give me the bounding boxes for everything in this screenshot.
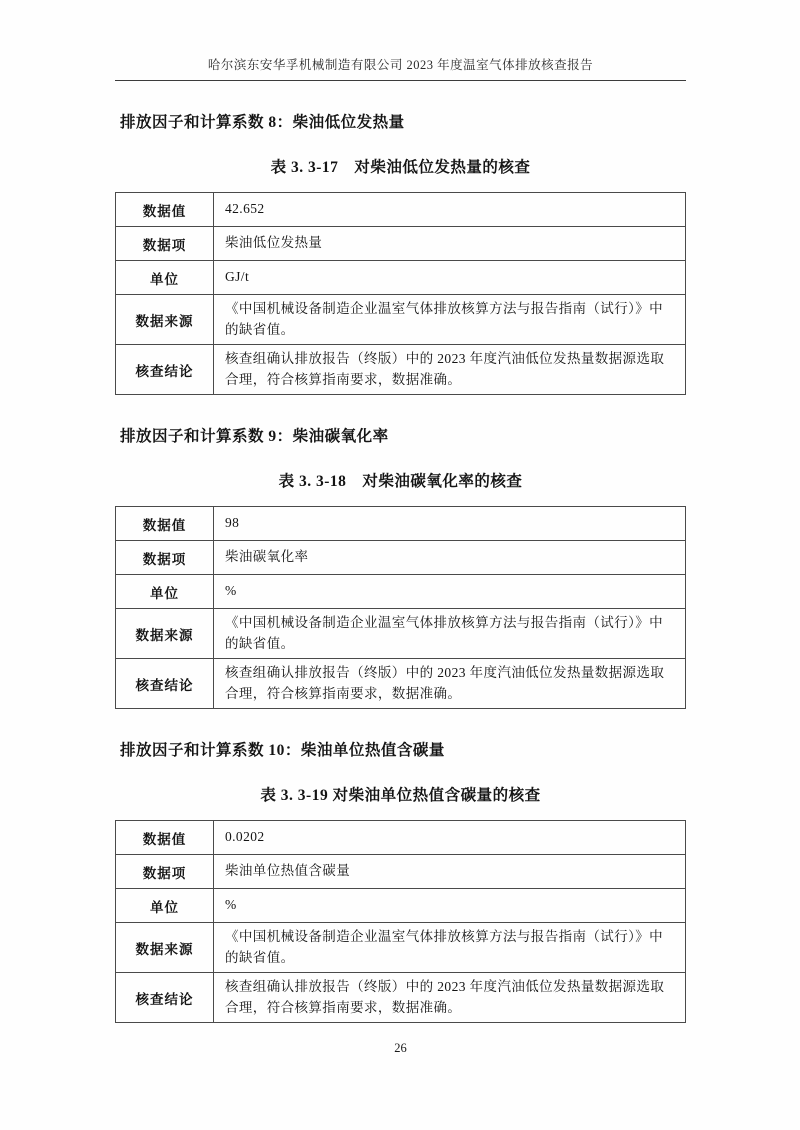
table-row: 数据值 0.0202: [116, 821, 686, 855]
section-heading-factor-10: 排放因子和计算系数 10：柴油单位热值含碳量: [115, 738, 686, 760]
row-label: 数据值: [116, 507, 214, 541]
row-label: 核查结论: [116, 659, 214, 709]
row-value: 98: [214, 507, 686, 541]
row-label: 单位: [116, 889, 214, 923]
table-row: 数据来源 《中国机械设备制造企业温室气体排放核算方法与报告指南（试行）》中的缺省…: [116, 923, 686, 973]
row-label: 核查结论: [116, 973, 214, 1023]
row-value: 0.0202: [214, 821, 686, 855]
verification-table-3-3-19: 数据值 0.0202 数据项 柴油单位热值含碳量 单位 % 数据来源 《中国机械…: [115, 820, 686, 1023]
report-page: 哈尔滨东安华孚机械制造有限公司 2023 年度温室气体排放核查报告 排放因子和计…: [0, 0, 800, 1130]
table-row: 数据来源 《中国机械设备制造企业温室气体排放核算方法与报告指南（试行）》中的缺省…: [116, 295, 686, 345]
table-row: 核查结论 核查组确认排放报告（终版）中的 2023 年度汽油低位发热量数据源选取…: [116, 345, 686, 395]
section-heading-factor-9: 排放因子和计算系数 9：柴油碳氧化率: [115, 424, 686, 446]
row-label: 数据来源: [116, 609, 214, 659]
table-row: 单位 %: [116, 575, 686, 609]
table-row: 单位 %: [116, 889, 686, 923]
table-row: 核查结论 核查组确认排放报告（终版）中的 2023 年度汽油低位发热量数据源选取…: [116, 973, 686, 1023]
table-title-3-3-19: 表 3. 3-19 对柴油单位热值含碳量的核查: [115, 783, 686, 805]
row-label: 数据来源: [116, 295, 214, 345]
row-value: %: [214, 889, 686, 923]
row-value: 核查组确认排放报告（终版）中的 2023 年度汽油低位发热量数据源选取合理，符合…: [214, 345, 686, 395]
row-value: GJ/t: [214, 261, 686, 295]
row-label: 数据项: [116, 855, 214, 889]
row-label: 数据值: [116, 821, 214, 855]
row-value: 核查组确认排放报告（终版）中的 2023 年度汽油低位发热量数据源选取合理，符合…: [214, 659, 686, 709]
report-header: 哈尔滨东安华孚机械制造有限公司 2023 年度温室气体排放核查报告: [115, 0, 686, 81]
table-row: 单位 GJ/t: [116, 261, 686, 295]
row-label: 单位: [116, 575, 214, 609]
row-value: 柴油低位发热量: [214, 227, 686, 261]
row-label: 数据项: [116, 227, 214, 261]
table-row: 数据值 98: [116, 507, 686, 541]
row-value: 柴油碳氧化率: [214, 541, 686, 575]
table-row: 数据来源 《中国机械设备制造企业温室气体排放核算方法与报告指南（试行）》中的缺省…: [116, 609, 686, 659]
row-label: 数据值: [116, 193, 214, 227]
row-value: 核查组确认排放报告（终版）中的 2023 年度汽油低位发热量数据源选取合理，符合…: [214, 973, 686, 1023]
row-label: 数据项: [116, 541, 214, 575]
row-value: 42.652: [214, 193, 686, 227]
row-value: 《中国机械设备制造企业温室气体排放核算方法与报告指南（试行）》中的缺省值。: [214, 923, 686, 973]
row-value: 《中国机械设备制造企业温室气体排放核算方法与报告指南（试行）》中的缺省值。: [214, 609, 686, 659]
table-title-3-3-17: 表 3. 3-17 对柴油低位发热量的核查: [115, 155, 686, 177]
row-label: 单位: [116, 261, 214, 295]
page-content: 哈尔滨东安华孚机械制造有限公司 2023 年度温室气体排放核查报告 排放因子和计…: [115, 0, 686, 1023]
row-label: 数据来源: [116, 923, 214, 973]
row-value: %: [214, 575, 686, 609]
report-header-title: 哈尔滨东安华孚机械制造有限公司 2023 年度温室气体排放核查报告: [208, 58, 593, 72]
verification-table-3-3-18: 数据值 98 数据项 柴油碳氧化率 单位 % 数据来源 《中国机械设备制造企业温…: [115, 506, 686, 709]
table-row: 数据项 柴油碳氧化率: [116, 541, 686, 575]
page-number: 26: [115, 1041, 686, 1056]
table-title-3-3-18: 表 3. 3-18 对柴油碳氧化率的核查: [115, 469, 686, 491]
row-label: 核查结论: [116, 345, 214, 395]
verification-table-3-3-17: 数据值 42.652 数据项 柴油低位发热量 单位 GJ/t 数据来源 《中国机…: [115, 192, 686, 395]
row-value: 《中国机械设备制造企业温室气体排放核算方法与报告指南（试行）》中的缺省值。: [214, 295, 686, 345]
table-row: 数据值 42.652: [116, 193, 686, 227]
section-heading-factor-8: 排放因子和计算系数 8：柴油低位发热量: [115, 110, 686, 132]
table-row: 核查结论 核查组确认排放报告（终版）中的 2023 年度汽油低位发热量数据源选取…: [116, 659, 686, 709]
table-row: 数据项 柴油低位发热量: [116, 227, 686, 261]
row-value: 柴油单位热值含碳量: [214, 855, 686, 889]
table-row: 数据项 柴油单位热值含碳量: [116, 855, 686, 889]
